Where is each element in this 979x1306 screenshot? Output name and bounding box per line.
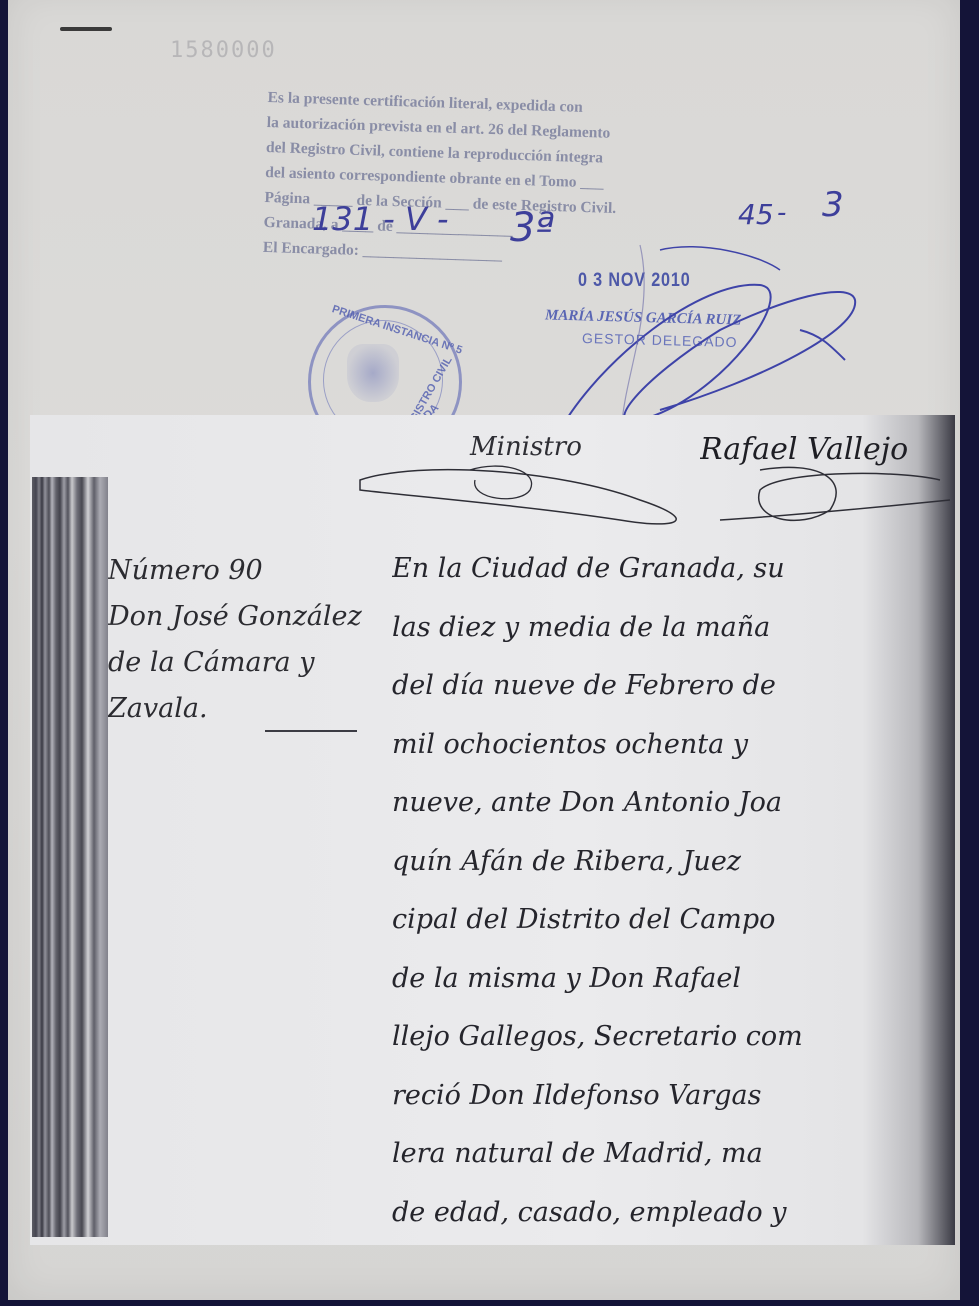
entry-body: En la Ciudad de Granada, su las diez y m… [392,540,952,1242]
entry-line: del día nueve de Febrero de [392,657,952,716]
registrant-name-line: Don José González [108,594,388,640]
ink-signature-flourishes [0,0,979,560]
entry-line: de la misma y Don Rafael [392,950,952,1009]
entry-number: Número 90 [108,548,388,594]
entry-line: mil ochocientos ochenta y [392,716,952,775]
margin-underline [265,730,357,732]
entry-line: nueve, ante Don Antonio Joa [392,774,952,833]
entry-line: lera natural de Madrid, ma [392,1125,952,1184]
entry-line: En la Ciudad de Granada, su [392,540,952,599]
entry-line: quín Afán de Ribera, Juez [392,833,952,892]
ledger-binding-shadow [32,477,108,1237]
registrant-name-line: de la Cámara y [108,640,388,686]
margin-annotation: Número 90 Don José González de la Cámara… [108,548,388,732]
entry-line: llejo Gallegos, Secretario com [392,1008,952,1067]
registrant-name-line: Zavala. [108,686,388,732]
entry-line: de edad, casado, empleado y [392,1184,952,1243]
entry-line: las diez y media de la maña [392,599,952,658]
entry-line: reció Don Ildefonso Vargas [392,1067,952,1126]
entry-line: cipal del Distrito del Campo [392,891,952,950]
